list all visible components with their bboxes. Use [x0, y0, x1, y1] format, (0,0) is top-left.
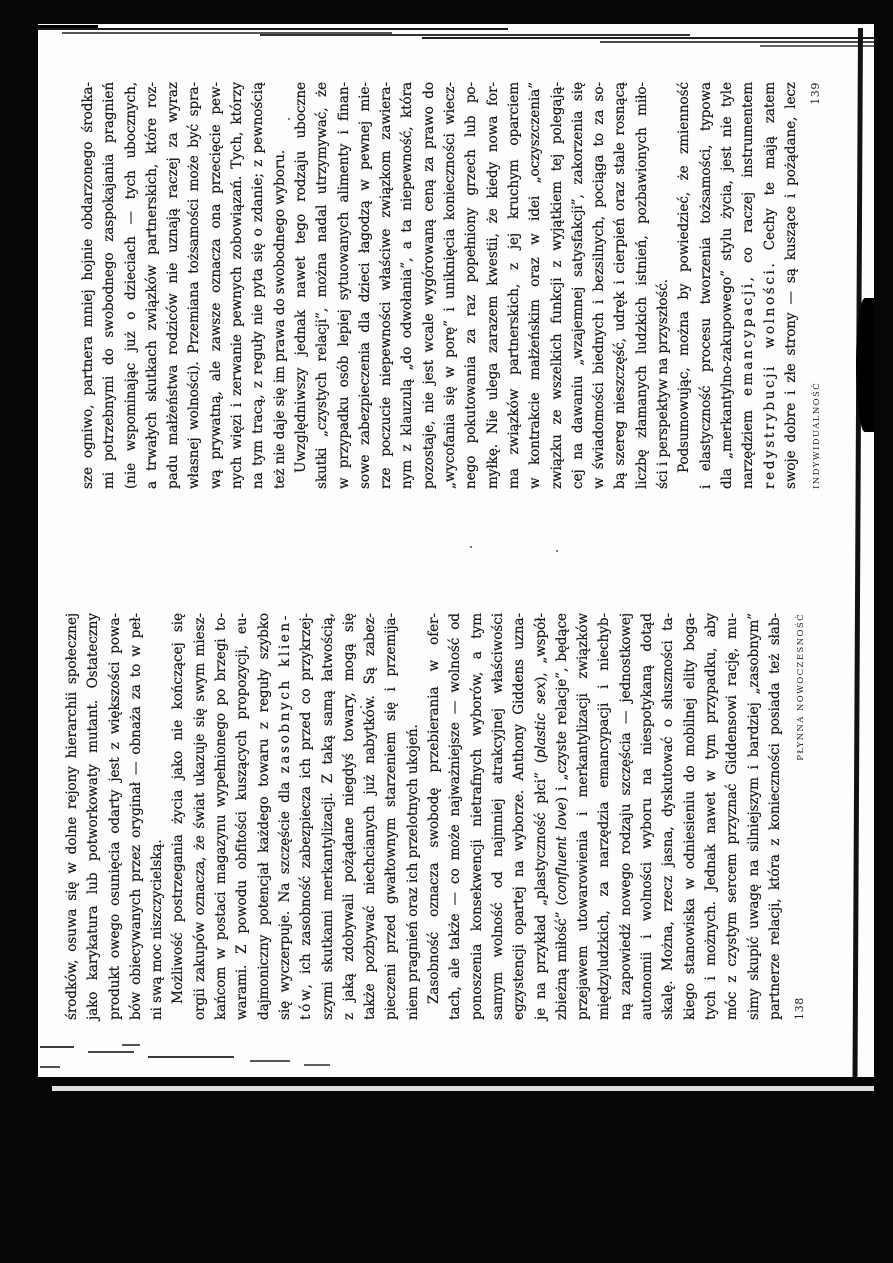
text-line: w kontrakcie małżeńskim oraz w idei „ocz…: [525, 82, 546, 489]
text-line: produkt owego osunięcia odarty jest z wi…: [105, 613, 126, 1020]
text-line: w świadomości biednych i bezsilnych, poc…: [589, 82, 610, 489]
text-line: szymi skutkami merkantylizacji. Z taką s…: [318, 613, 339, 1020]
scan-dash: [40, 1046, 74, 1048]
text-line: Możliwość postrzegania życia jako nie ko…: [168, 613, 189, 1020]
text-line: sze ogniwo, partnera mniej hojnie obdarz…: [78, 82, 99, 489]
scan-streak: [422, 37, 874, 39]
text-line: nych więzi i zerwanie pewnych zobowiązań…: [227, 82, 248, 489]
page-number: 138: [793, 997, 806, 1020]
text-line: pozostaje, nie jest wcale wygórowaną cen…: [419, 82, 440, 489]
text-line: samym wolność od najmniej atrakcyjnej wł…: [488, 613, 509, 1020]
page-number: 139: [809, 82, 822, 105]
text-line: przejawem utowarowienia i merkantylizacj…: [573, 613, 594, 1020]
text-line: redystrybucji wolności. Cechy te mają za…: [760, 82, 781, 489]
text-line: (nie wspominając już o dzieciach — tych …: [121, 82, 142, 489]
text-line: a trwałych skutkach związków partnerskic…: [142, 82, 163, 489]
text-line: ni swą moc niszczycielską.: [147, 613, 168, 1020]
text-line: orgii zakupów oznacza, że świat ukazuje …: [190, 613, 211, 1020]
text-line: kiego stanowiska w odniesieniu do mobiln…: [680, 613, 701, 1020]
scan-streak: [62, 32, 392, 34]
text-line: myłkę. Nie ulega zarazem kwestii, że kie…: [483, 82, 504, 489]
text-line: niem pragnień oraz ich przelotnych ukoje…: [403, 613, 424, 1020]
text-line: środków, osuwa się w dolne rejony hierar…: [62, 613, 83, 1020]
text-line: narzędziem emancypacji, co raczej instru…: [738, 82, 759, 489]
text-line: skalę. Można, rzecz jasna, dyskutować o …: [658, 613, 679, 1020]
page-139-footer: INDYWIDUALNOŚĆ 139: [809, 82, 825, 489]
scan-speck: [597, 486, 599, 488]
scan-speck: [360, 706, 362, 708]
text-line: padu małżeństwa rodziców nie uznają racz…: [163, 82, 184, 489]
text-line: mi potrzebnymi do swobodnego zaspokajani…: [99, 82, 120, 489]
page-edge-stripe: [52, 1086, 874, 1091]
text-line: dla „merkantylno-zakupowego” stylu życia…: [717, 82, 738, 489]
text-line: kańcom w postaci magazynu wypełnionego p…: [211, 613, 232, 1020]
running-title: INDYWIDUALNOŚĆ: [812, 382, 822, 489]
text-line: tych i możnych. Jednak nawet w tym przyp…: [701, 613, 722, 1020]
scan-streak: [38, 25, 98, 29]
text-line: też nie daje się im prawa do swobodnego …: [270, 82, 291, 489]
book-paper: sze ogniwo, partnera mniej hojnie obdarz…: [38, 24, 874, 1077]
running-title: PŁYNNA NOWOCZESNOŚĆ: [796, 613, 806, 761]
text-line: skutki „czystych relacji”, można nadal u…: [312, 82, 333, 489]
text-line: ponoszenia konsekwencji nietrafnych wybo…: [467, 613, 488, 1020]
scan-dash: [40, 1066, 60, 1068]
scan-dash: [250, 1060, 290, 1062]
scan-speck: [556, 550, 558, 552]
scan-streak: [760, 45, 874, 47]
text-line: simy skupić uwagę na silniejszym i bardz…: [744, 613, 765, 1020]
text-line: także pozbywać niechcianych już nabytków…: [360, 613, 381, 1020]
text-line: autonomii i wolności wyboru na niespotyk…: [637, 613, 658, 1020]
page-138: środków, osuwa się w dolne rejony hierar…: [62, 613, 809, 1020]
text-line: się wyczerpuje. Na szczęście dla zasobny…: [275, 613, 296, 1020]
page-138-footer: 138 PŁYNNA NOWOCZESNOŚĆ: [793, 613, 809, 1020]
text-line: nego pokutowania za raz popełniony grzec…: [461, 82, 482, 489]
text-line: dajmoniczny potencjał każdego towaru z r…: [254, 613, 275, 1020]
text-line: cej na dawaniu „wzajemnej satysfakcji”, …: [568, 82, 589, 489]
page-139: sze ogniwo, partnera mniej hojnie obdarz…: [78, 82, 825, 489]
text-line: ną zapowiedź nowego rodzaju szczęścia — …: [616, 613, 637, 1020]
text-line: związku ze wszelkich funkcji z wyjątkiem…: [547, 82, 568, 489]
text-line: warami. Z powodu obfitości kuszących pro…: [232, 613, 253, 1020]
text-line: na tym tracą, z reguły nie pyta się o zd…: [248, 82, 269, 489]
text-line: rze poczucie niepewności właściwe związk…: [376, 82, 397, 489]
text-line: bów obiecywanych przez oryginał — obnaża…: [126, 613, 147, 1020]
text-line: liczbę złamanych ludzkich istnień, pozba…: [632, 82, 653, 489]
text-line: bą szereg nieszczęść, udręk i cierpień o…: [610, 82, 631, 489]
text-line: Uwzględniwszy jednak nawet tego rodzaju …: [291, 82, 312, 489]
text-line: międzyludzkich, za narzędzia emancypacji…: [594, 613, 615, 1020]
scan-speck: [470, 546, 472, 548]
text-line: móc z czystym sercem przyznać Giddensowi…: [722, 613, 743, 1020]
page-139-text: sze ogniwo, partnera mniej hojnie obdarz…: [78, 82, 802, 489]
scan-streak: [600, 41, 874, 43]
text-line: partnerze relacji, która z konieczności …: [765, 613, 786, 1020]
scan-dash: [88, 1051, 134, 1053]
page-138-text: środków, osuwa się w dolne rejony hierar…: [62, 613, 786, 1020]
text-line: i elastyczność procesu tworzenia tożsamo…: [696, 82, 717, 489]
scanned-book-spread: sze ogniwo, partnera mniej hojnie obdarz…: [0, 0, 893, 1263]
scan-blot: [856, 298, 874, 432]
scan-dash: [304, 1064, 330, 1066]
text-line: tach, ale także — co może najważniejsze …: [445, 613, 466, 1020]
text-line: własnej wolności). Przemiana tożsamości …: [184, 82, 205, 489]
text-line: jako karykatura lub potworkowaty mutant.…: [83, 613, 104, 1020]
text-line: sowe zabezpieczenia dla dzieci łagodzą w…: [355, 82, 376, 489]
text-line: tów, ich zasobność zabezpiecza ich przed…: [296, 613, 317, 1020]
text-line: Podsumowując, można by powiedzieć, że zm…: [674, 82, 695, 489]
text-line: nym z klauzulą „do odwołania”, a ta niep…: [397, 82, 418, 489]
text-line: egzystencji opartej na wyborze. Anthony …: [509, 613, 530, 1020]
text-line: Zasobność oznacza swobodę przebierania w…: [424, 613, 445, 1020]
scan-dash: [148, 1056, 234, 1058]
text-line: zbieżną miłość” (confluent love) i „czys…: [552, 613, 573, 1020]
scan-speck: [288, 118, 290, 120]
text-line: pieczeni przed gwałtownym starzeniem się…: [381, 613, 402, 1020]
text-line: ści i perspektyw na przyszłość.: [653, 82, 674, 489]
text-line: z jaką zdobywali pożądane niegdyś towary…: [339, 613, 360, 1020]
scan-streak: [260, 34, 690, 36]
text-line: ma związków partnerskich, z jej kruchym …: [504, 82, 525, 489]
text-line: swoje dobre i złe strony — są kuszące i …: [781, 82, 802, 489]
text-line: „wycofania się w porę” i uniknięcia koni…: [440, 82, 461, 489]
text-line: w przypadku osób lepiej sytuowanych alim…: [334, 82, 355, 489]
scan-streak: [38, 28, 508, 30]
text-line: je na przykład „plastyczność płci” (plas…: [531, 613, 552, 1020]
scan-dash: [122, 1044, 140, 1046]
text-line: wą prywatną, ale zawsze oznacza ona prze…: [206, 82, 227, 489]
